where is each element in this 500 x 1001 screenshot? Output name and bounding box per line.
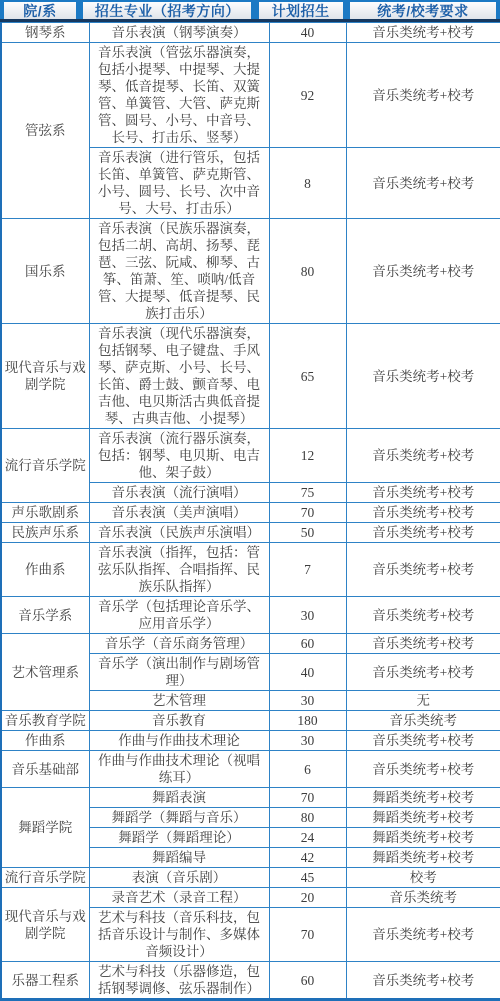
dept-cell: 现代音乐与戏剧学院 [1,324,89,429]
dept-cell: 流行音乐学院 [1,868,89,888]
dept-cell: 作曲系 [1,731,89,751]
major-cell: 作曲与作曲技术理论 [89,731,269,751]
table-row: 流行音乐学院音乐表演（流行器乐演奏，包括：钢琴、电贝斯、电吉他、架子鼓）12音乐… [1,429,500,483]
major-cell: 音乐表演（现代乐器演奏，包括钢琴、电子键盘、手风琴、萨克斯、小号、长号、长笛、爵… [89,324,269,429]
major-cell: 音乐表演（民族声乐演唱） [89,523,269,543]
plan-cell: 8 [269,148,346,219]
plan-cell: 7 [269,543,346,597]
plan-cell: 40 [269,23,346,43]
table-row: 钢琴系音乐表演（钢琴演奏）40音乐类统考+校考 [1,23,500,43]
exam-cell: 音乐类统考+校考 [346,751,500,788]
enrollment-table-body: 钢琴系音乐表演（钢琴演奏）40音乐类统考+校考管弦系音乐表演（管弦乐器演奏，包括… [0,22,500,1001]
column-header-dept: 院/系 [4,2,76,19]
plan-cell: 24 [269,828,346,848]
major-cell: 音乐学（演出制作与剧场管理） [89,654,269,691]
enrollment-table: 院/系招生专业（招考方向）计划招生统考/校考要求 钢琴系音乐表演（钢琴演奏）40… [0,0,500,1001]
major-cell: 作曲与作曲技术理论（视唱练耳） [89,751,269,788]
major-cell: 舞蹈编导 [89,848,269,868]
plan-cell: 70 [269,908,346,962]
major-cell: 音乐学（包括理论音乐学、应用音乐学） [89,597,269,634]
exam-cell: 音乐类统考+校考 [346,543,500,597]
major-cell: 舞蹈学（舞蹈与音乐） [89,808,269,828]
exam-cell: 音乐类统考+校考 [346,654,500,691]
major-cell: 音乐表演（民族乐器演奏，包括二胡、高胡、扬琴、琵琶、三弦、阮咸、柳琴、古筝、笛萧… [89,219,269,324]
exam-cell: 舞蹈类统考+校考 [346,828,500,848]
exam-cell: 音乐类统考+校考 [346,523,500,543]
exam-cell: 音乐类统考+校考 [346,731,500,751]
exam-cell: 音乐类统考+校考 [346,429,500,483]
exam-cell: 音乐类统考+校考 [346,483,500,503]
column-header-plan: 计划招生 [259,2,343,19]
table-rows: 钢琴系音乐表演（钢琴演奏）40音乐类统考+校考管弦系音乐表演（管弦乐器演奏，包括… [1,23,500,1000]
major-cell: 音乐表演（进行管乐，包括长笛、单簧管、萨克斯管、小号、圆号、长号、次中音号、大号… [89,148,269,219]
table-row: 艺术管理系音乐学（音乐商务管理）60音乐类统考+校考 [1,634,500,654]
dept-cell: 音乐学系 [1,597,89,634]
plan-cell: 65 [269,324,346,429]
table-row: 舞蹈学院舞蹈表演70舞蹈类统考+校考 [1,788,500,808]
major-cell: 舞蹈学（舞蹈理论） [89,828,269,848]
plan-cell: 75 [269,483,346,503]
major-cell: 音乐表演（美声演唱） [89,503,269,523]
dept-cell: 管弦系 [1,43,89,219]
major-cell: 艺术管理 [89,691,269,711]
plan-cell: 70 [269,788,346,808]
dept-cell: 舞蹈学院 [1,788,89,868]
exam-cell: 音乐类统考+校考 [346,219,500,324]
plan-cell: 180 [269,711,346,731]
table-row: 作曲系音乐表演（指挥，包括：管弦乐队指挥、合唱指挥、民族乐队指挥）7音乐类统考+… [1,543,500,597]
exam-cell: 音乐类统考 [346,888,500,908]
dept-cell: 民族声乐系 [1,523,89,543]
major-cell: 表演（音乐剧） [89,868,269,888]
dept-cell: 国乐系 [1,219,89,324]
major-cell: 艺术与科技（音乐科技，包括音乐设计与制作、多媒体音频设计） [89,908,269,962]
table-row: 现代音乐与戏剧学院录音艺术（录音工程）20音乐类统考 [1,888,500,908]
table-row: 音乐学系音乐学（包括理论音乐学、应用音乐学）30音乐类统考+校考 [1,597,500,634]
dept-cell: 音乐基础部 [1,751,89,788]
table-row: 国乐系音乐表演（民族乐器演奏，包括二胡、高胡、扬琴、琵琶、三弦、阮咸、柳琴、古筝… [1,219,500,324]
exam-cell: 音乐类统考+校考 [346,634,500,654]
exam-cell: 舞蹈类统考+校考 [346,808,500,828]
major-cell: 音乐表演（管弦乐器演奏，包括小提琴、中提琴、大提琴、低音提琴、长笛、双簧管、单簧… [89,43,269,148]
major-cell: 舞蹈表演 [89,788,269,808]
table-row: 音乐教育学院音乐教育180音乐类统考 [1,711,500,731]
dept-cell: 钢琴系 [1,23,89,43]
plan-cell: 45 [269,868,346,888]
dept-cell: 艺术管理系 [1,634,89,711]
exam-cell: 音乐类统考 [346,711,500,731]
plan-cell: 80 [269,808,346,828]
table-row: 作曲系作曲与作曲技术理论30音乐类统考+校考 [1,731,500,751]
major-cell: 音乐表演（指挥，包括：管弦乐队指挥、合唱指挥、民族乐队指挥） [89,543,269,597]
table-header-row: 院/系招生专业（招考方向）计划招生统考/校考要求 [0,0,500,22]
major-cell: 音乐表演（流行器乐演奏，包括：钢琴、电贝斯、电吉他、架子鼓） [89,429,269,483]
plan-cell: 6 [269,751,346,788]
table-row: 管弦系音乐表演（管弦乐器演奏，包括小提琴、中提琴、大提琴、低音提琴、长笛、双簧管… [1,43,500,148]
exam-cell: 音乐类统考+校考 [346,23,500,43]
exam-cell: 舞蹈类统考+校考 [346,848,500,868]
table-row: 音乐基础部作曲与作曲技术理论（视唱练耳）6音乐类统考+校考 [1,751,500,788]
table-row: 乐器工程系艺术与科技（乐器修造，包括钢琴调修、弦乐器制作）60音乐类统考+校考 [1,962,500,1000]
exam-cell: 音乐类统考+校考 [346,503,500,523]
plan-cell: 20 [269,888,346,908]
table-row: 声乐歌剧系音乐表演（美声演唱）70音乐类统考+校考 [1,503,500,523]
exam-cell: 音乐类统考+校考 [346,324,500,429]
major-cell: 音乐教育 [89,711,269,731]
major-cell: 音乐表演（钢琴演奏） [89,23,269,43]
plan-cell: 12 [269,429,346,483]
plan-cell: 30 [269,731,346,751]
plan-cell: 42 [269,848,346,868]
dept-cell: 流行音乐学院 [1,429,89,503]
plan-cell: 70 [269,503,346,523]
plan-cell: 60 [269,634,346,654]
exam-cell: 音乐类统考+校考 [346,597,500,634]
dept-cell: 乐器工程系 [1,962,89,1000]
major-cell: 艺术与科技（乐器修造，包括钢琴调修、弦乐器制作） [89,962,269,1000]
table-row: 现代音乐与戏剧学院音乐表演（现代乐器演奏，包括钢琴、电子键盘、手风琴、萨克斯、小… [1,324,500,429]
plan-cell: 92 [269,43,346,148]
plan-cell: 50 [269,523,346,543]
table-row: 流行音乐学院表演（音乐剧）45校考 [1,868,500,888]
plan-cell: 80 [269,219,346,324]
plan-cell: 40 [269,654,346,691]
exam-cell: 音乐类统考+校考 [346,148,500,219]
dept-cell: 音乐教育学院 [1,711,89,731]
exam-cell: 音乐类统考+校考 [346,43,500,148]
exam-cell: 音乐类统考+校考 [346,908,500,962]
plan-cell: 60 [269,962,346,1000]
column-header-exam: 统考/校考要求 [350,2,496,19]
major-cell: 录音艺术（录音工程） [89,888,269,908]
table-row: 民族声乐系音乐表演（民族声乐演唱）50音乐类统考+校考 [1,523,500,543]
plan-cell: 30 [269,691,346,711]
exam-cell: 舞蹈类统考+校考 [346,788,500,808]
dept-cell: 现代音乐与戏剧学院 [1,888,89,962]
plan-cell: 30 [269,597,346,634]
column-header-major: 招生专业（招考方向） [83,2,251,19]
major-cell: 音乐学（音乐商务管理） [89,634,269,654]
major-cell: 音乐表演（流行演唱） [89,483,269,503]
exam-cell: 校考 [346,868,500,888]
dept-cell: 作曲系 [1,543,89,597]
exam-cell: 无 [346,691,500,711]
exam-cell: 音乐类统考+校考 [346,962,500,1000]
dept-cell: 声乐歌剧系 [1,503,89,523]
